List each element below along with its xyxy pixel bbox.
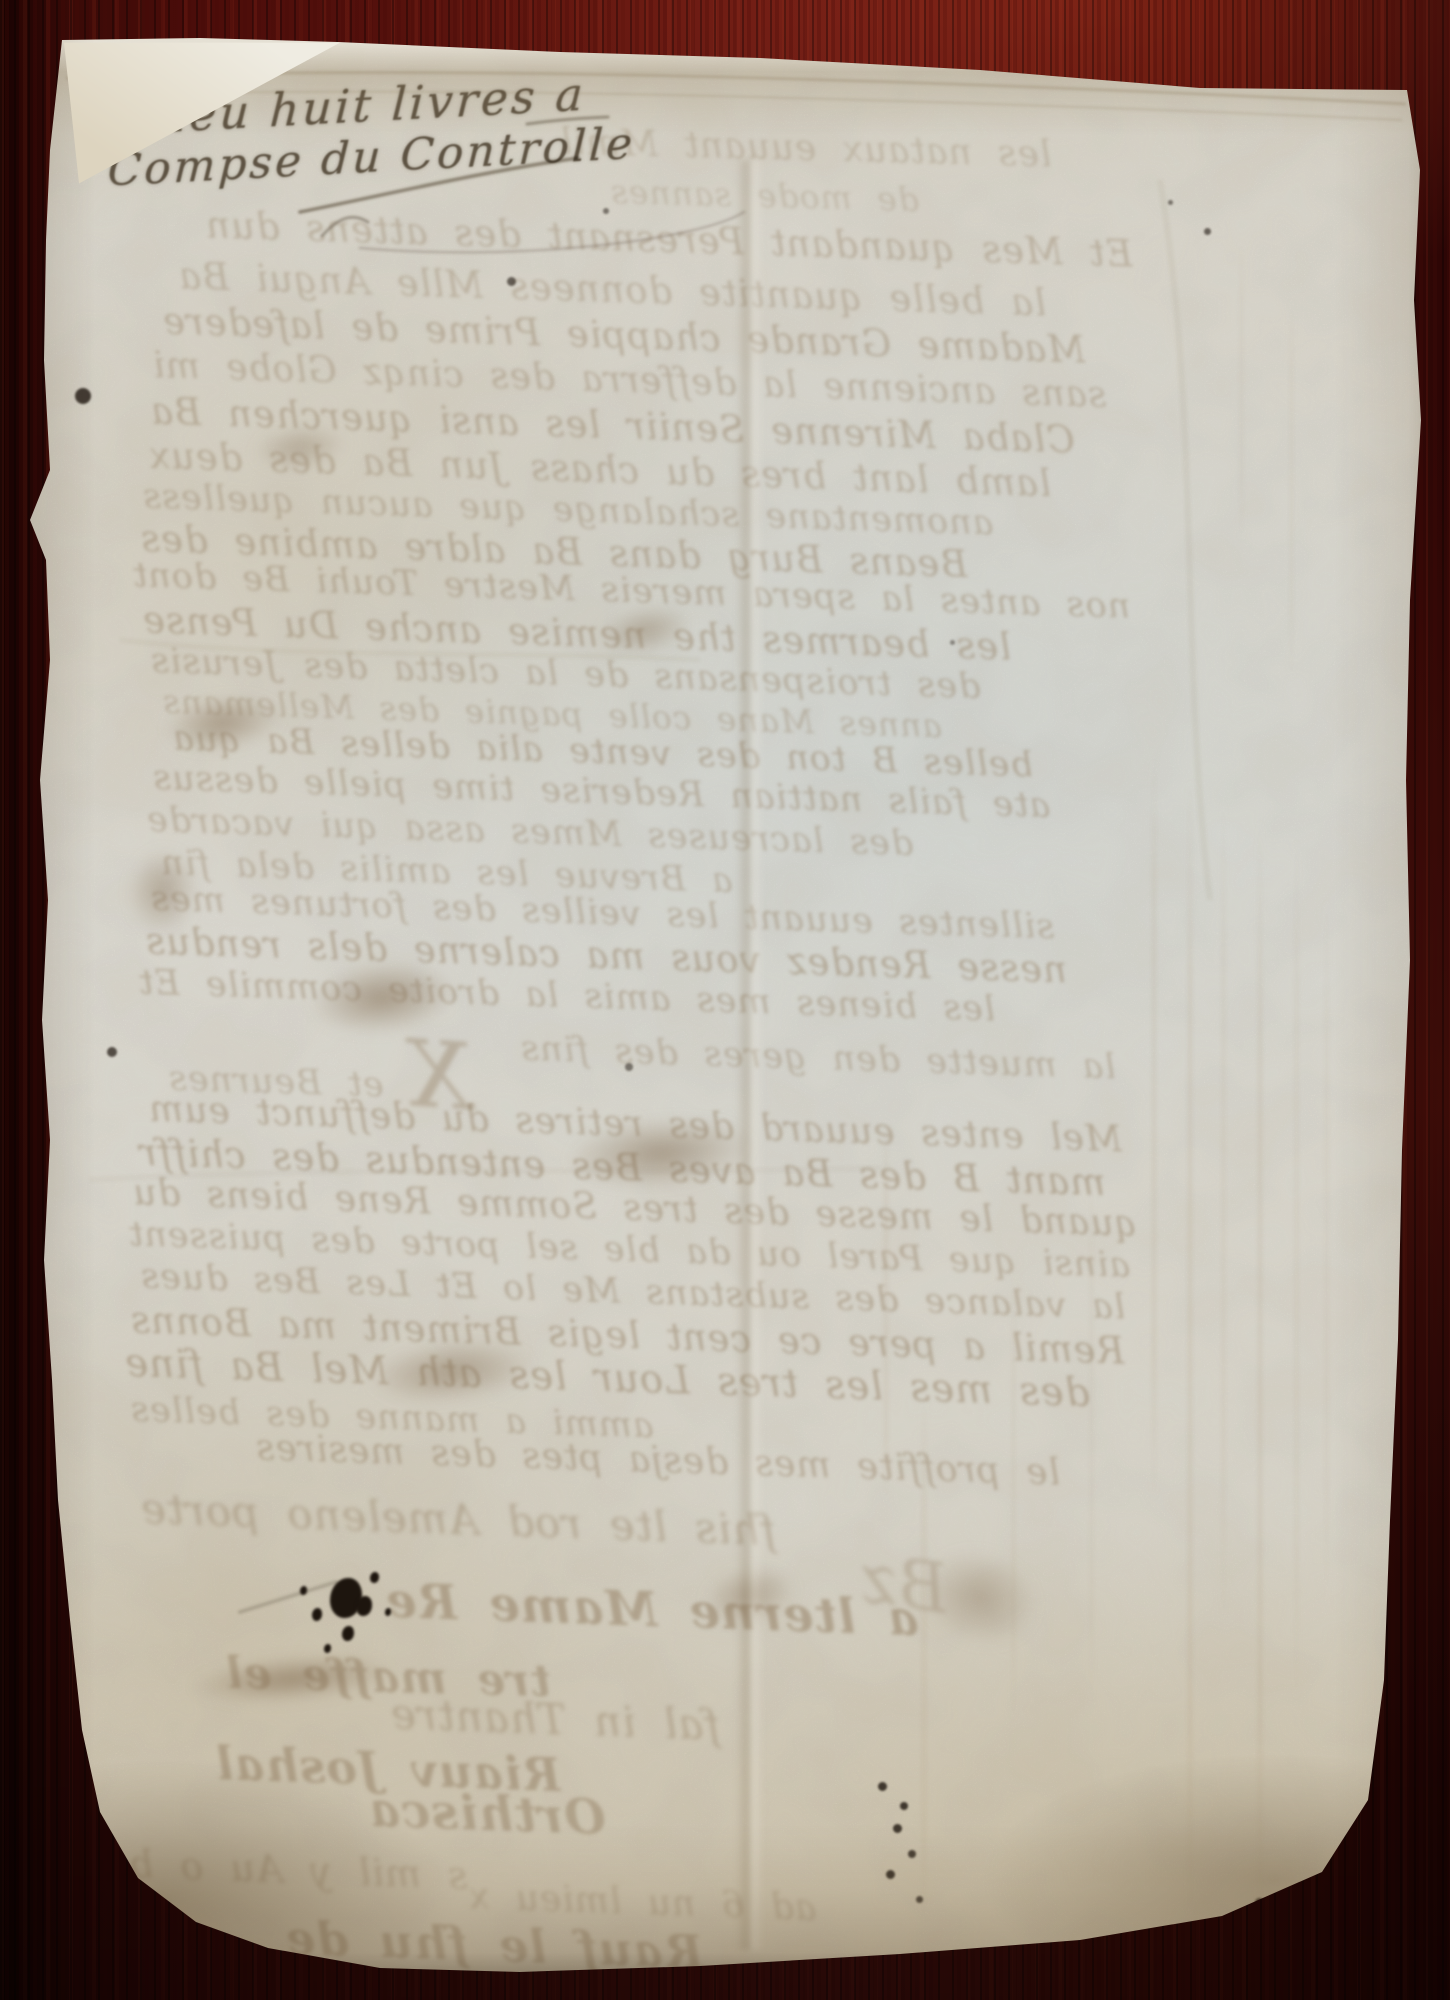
- ink-speck: [1168, 200, 1173, 205]
- ink-speck: [603, 208, 609, 214]
- ink-specks-layer: [0, 0, 1450, 2000]
- photo-of-manuscript: les nataux euuant Mmilde mode sannesEt M…: [0, 0, 1450, 2000]
- ink-speck: [1204, 228, 1211, 235]
- ink-speck: [950, 640, 955, 645]
- ink-speck: [75, 388, 91, 404]
- ink-speck: [625, 1063, 633, 1071]
- ink-speck: [900, 1802, 908, 1810]
- manuscript-page: les nataux euuant Mmilde mode sannesEt M…: [0, 0, 1450, 2000]
- ink-speck: [878, 1782, 887, 1791]
- ink-speck: [908, 1850, 916, 1858]
- ink-speck: [886, 1870, 895, 1879]
- ink-speck: [107, 1047, 117, 1057]
- ink-speck: [893, 1824, 902, 1833]
- ink-speck: [916, 1896, 923, 1903]
- ink-speck: [507, 277, 516, 286]
